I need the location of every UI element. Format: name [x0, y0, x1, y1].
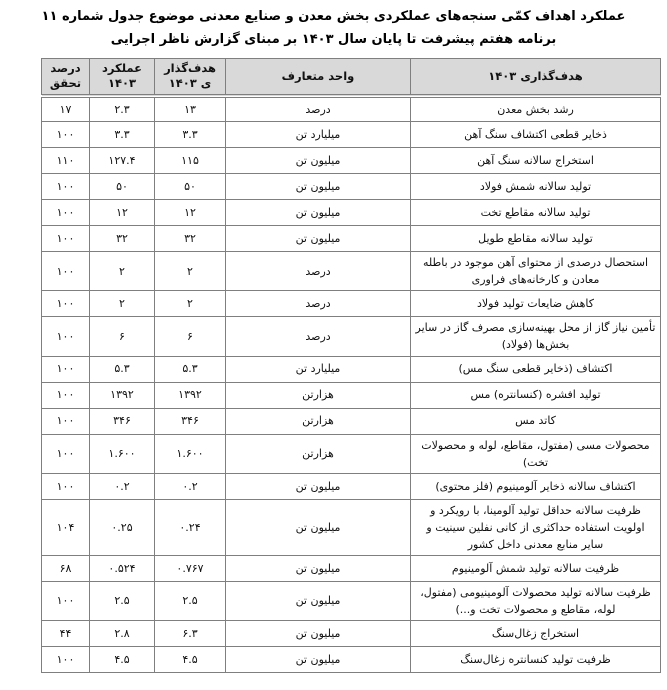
cell-target: ۱.۶۰۰ — [155, 434, 226, 473]
table-row: تأمین نیاز گاز از محل بهینه‌سازی مصرف گا… — [42, 317, 661, 356]
cell-target: ۰.۲ — [155, 473, 226, 499]
cell-percent: ۱۰۰ — [42, 174, 90, 200]
header-indicator: هدف‌گذاری ۱۴۰۳ — [411, 58, 661, 96]
cell-indicator: تأمین نیاز گاز از محل بهینه‌سازی مصرف گا… — [411, 317, 661, 356]
table-row: ذخایر قطعی اکتشاف سنگ آهنمیلیارد تن۳.۳۳.… — [42, 122, 661, 148]
cell-indicator: استخراج سالانه سنگ آهن — [411, 148, 661, 174]
cell-unit: میلیون تن — [226, 646, 411, 672]
cell-percent: ۶۸ — [42, 555, 90, 581]
cell-performance: ۰.۲۵ — [90, 499, 155, 555]
cell-target: ۵۰ — [155, 174, 226, 200]
cell-unit: میلیون تن — [226, 555, 411, 581]
table-row: کاتد مسهزارتن۳۴۶۳۴۶۱۰۰ — [42, 408, 661, 434]
table-header: هدف‌گذاری ۱۴۰۳ واحد متعارف هدف‌گذاری ۱۴۰… — [42, 58, 661, 96]
cell-percent: ۱۰۰ — [42, 434, 90, 473]
table-row: ظرفیت سالانه تولید شمش آلومینیوممیلیون ت… — [42, 555, 661, 581]
cell-performance: ۵.۳ — [90, 356, 155, 382]
cell-performance: ۱۳۹۲ — [90, 382, 155, 408]
cell-unit: میلیون تن — [226, 473, 411, 499]
cell-target: ۱۳ — [155, 96, 226, 122]
cell-unit: میلیون تن — [226, 174, 411, 200]
table-row: ظرفیت سالانه تولید محصولات آلومینیومی (م… — [42, 581, 661, 620]
cell-indicator: ظرفیت سالانه تولید شمش آلومینیوم — [411, 555, 661, 581]
cell-performance: ۶ — [90, 317, 155, 356]
cell-unit: هزارتن — [226, 434, 411, 473]
cell-unit: درصد — [226, 317, 411, 356]
cell-percent: ۱۰۰ — [42, 200, 90, 226]
cell-percent: ۱۱۰ — [42, 148, 90, 174]
cell-indicator: اکتشاف سالانه ذخایر آلومینیوم (فلز محتوی… — [411, 473, 661, 499]
cell-target: ۴.۵ — [155, 646, 226, 672]
cell-target: ۲ — [155, 291, 226, 317]
table-row: ظرفیت سالانه حداقل تولید آلومینا، با روی… — [42, 499, 661, 555]
cell-indicator: محصولات مسی (مفتول، مقاطع، لوله و محصولا… — [411, 434, 661, 473]
cell-indicator: تولید سالانه مقاطع طویل — [411, 226, 661, 252]
cell-percent: ۴۴ — [42, 620, 90, 646]
document-title-line2: برنامه هفتم پیشرفت تا پایان سال ۱۴۰۳ بر … — [0, 28, 667, 51]
cell-unit: درصد — [226, 252, 411, 291]
cell-percent: ۱۰۰ — [42, 473, 90, 499]
cell-unit: هزارتن — [226, 382, 411, 408]
cell-indicator: کاهش ضایعات تولید فولاد — [411, 291, 661, 317]
table-row: رشد بخش معدندرصد۱۳۲.۳۱۷ — [42, 96, 661, 122]
cell-unit: هزارتن — [226, 408, 411, 434]
cell-target: ۶.۳ — [155, 620, 226, 646]
header-target: هدف‌گذاری ۱۴۰۳ — [155, 58, 226, 96]
cell-unit: میلیون تن — [226, 148, 411, 174]
cell-percent: ۱۰۰ — [42, 122, 90, 148]
cell-indicator: کاتد مس — [411, 408, 661, 434]
cell-target: ۳۴۶ — [155, 408, 226, 434]
cell-indicator: ظرفیت تولید کنسانتره زغال‌سنگ — [411, 646, 661, 672]
cell-target: ۰.۲۴ — [155, 499, 226, 555]
cell-unit: میلیون تن — [226, 226, 411, 252]
cell-indicator: اکتشاف (ذخایر قطعی سنگ مس) — [411, 356, 661, 382]
cell-performance: ۲.۵ — [90, 581, 155, 620]
cell-performance: ۳۲ — [90, 226, 155, 252]
cell-performance: ۰.۵۲۴ — [90, 555, 155, 581]
cell-performance: ۰.۲ — [90, 473, 155, 499]
cell-indicator: تولید افشره (کنسانتره) مس — [411, 382, 661, 408]
table-row: تولید سالانه مقاطع طویلمیلیون تن۳۲۳۲۱۰۰ — [42, 226, 661, 252]
cell-unit: درصد — [226, 291, 411, 317]
cell-percent: ۱۰۰ — [42, 646, 90, 672]
cell-target: ۰.۷۶۷ — [155, 555, 226, 581]
cell-target: ۲ — [155, 252, 226, 291]
cell-performance: ۵۰ — [90, 174, 155, 200]
cell-performance: ۴.۵ — [90, 646, 155, 672]
cell-indicator: ظرفیت سالانه تولید محصولات آلومینیومی (م… — [411, 581, 661, 620]
cell-target: ۵.۳ — [155, 356, 226, 382]
cell-unit: میلیارد تن — [226, 122, 411, 148]
cell-unit: میلیارد تن — [226, 356, 411, 382]
cell-unit: میلیون تن — [226, 200, 411, 226]
cell-indicator: استحصال درصدی از محتوای آهن موجود در باط… — [411, 252, 661, 291]
cell-percent: ۱۰۰ — [42, 226, 90, 252]
cell-performance: ۱۲۷.۴ — [90, 148, 155, 174]
cell-performance: ۲ — [90, 291, 155, 317]
cell-target: ۲.۵ — [155, 581, 226, 620]
cell-indicator: استخراج زغال‌سنگ — [411, 620, 661, 646]
cell-performance: ۳.۳ — [90, 122, 155, 148]
table-row: تولید افشره (کنسانتره) مسهزارتن۱۳۹۲۱۳۹۲۱… — [42, 382, 661, 408]
table-row: استخراج سالانه سنگ آهنمیلیون تن۱۱۵۱۲۷.۴۱… — [42, 148, 661, 174]
cell-percent: ۱۰۰ — [42, 252, 90, 291]
table-row: اکتشاف (ذخایر قطعی سنگ مس)میلیارد تن۵.۳۵… — [42, 356, 661, 382]
cell-target: ۱۲ — [155, 200, 226, 226]
cell-unit: میلیون تن — [226, 620, 411, 646]
cell-percent: ۱۰۰ — [42, 382, 90, 408]
table-row: ظرفیت تولید کنسانتره زغال‌سنگمیلیون تن۴.… — [42, 646, 661, 672]
header-unit: واحد متعارف — [226, 58, 411, 96]
table-row: کاهش ضایعات تولید فولاددرصد۲۲۱۰۰ — [42, 291, 661, 317]
cell-target: ۱۱۵ — [155, 148, 226, 174]
table-row: استخراج زغال‌سنگمیلیون تن۶.۳۲.۸۴۴ — [42, 620, 661, 646]
header-performance: عملکرد ۱۴۰۳ — [90, 58, 155, 96]
cell-indicator: تولید سالانه شمش فولاد — [411, 174, 661, 200]
cell-indicator: ظرفیت سالانه حداقل تولید آلومینا، با روی… — [411, 499, 661, 555]
cell-indicator: رشد بخش معدن — [411, 96, 661, 122]
cell-target: ۳۲ — [155, 226, 226, 252]
cell-performance: ۱.۶۰۰ — [90, 434, 155, 473]
cell-unit: میلیون تن — [226, 499, 411, 555]
cell-percent: ۱۰۰ — [42, 317, 90, 356]
cell-target: ۱۳۹۲ — [155, 382, 226, 408]
cell-percent: ۱۰۴ — [42, 499, 90, 555]
cell-percent: ۱۰۰ — [42, 356, 90, 382]
document-title: عملکرد اهداف کمّی سنجه‌های عملکردی بخش م… — [0, 0, 667, 52]
table-row: تولید سالانه مقاطع تختمیلیون تن۱۲۱۲۱۰۰ — [42, 200, 661, 226]
header-percent: درصد تحقق — [42, 58, 90, 96]
cell-percent: ۱۰۰ — [42, 291, 90, 317]
cell-performance: ۱۲ — [90, 200, 155, 226]
performance-table: هدف‌گذاری ۱۴۰۳ واحد متعارف هدف‌گذاری ۱۴۰… — [41, 58, 661, 673]
table-row: محصولات مسی (مفتول، مقاطع، لوله و محصولا… — [42, 434, 661, 473]
cell-performance: ۲.۸ — [90, 620, 155, 646]
cell-target: ۶ — [155, 317, 226, 356]
cell-indicator: ذخایر قطعی اکتشاف سنگ آهن — [411, 122, 661, 148]
cell-performance: ۲ — [90, 252, 155, 291]
cell-target: ۳.۳ — [155, 122, 226, 148]
cell-performance: ۲.۳ — [90, 96, 155, 122]
cell-percent: ۱۰۰ — [42, 581, 90, 620]
table-row: استحصال درصدی از محتوای آهن موجود در باط… — [42, 252, 661, 291]
document-title-line1: عملکرد اهداف کمّی سنجه‌های عملکردی بخش م… — [0, 5, 667, 28]
cell-performance: ۳۴۶ — [90, 408, 155, 434]
cell-unit: میلیون تن — [226, 581, 411, 620]
table-row: تولید سالانه شمش فولادمیلیون تن۵۰۵۰۱۰۰ — [42, 174, 661, 200]
cell-indicator: تولید سالانه مقاطع تخت — [411, 200, 661, 226]
table-body: رشد بخش معدندرصد۱۳۲.۳۱۷ذخایر قطعی اکتشاف… — [42, 96, 661, 673]
cell-percent: ۱۰۰ — [42, 408, 90, 434]
header-row: هدف‌گذاری ۱۴۰۳ واحد متعارف هدف‌گذاری ۱۴۰… — [42, 58, 661, 96]
cell-percent: ۱۷ — [42, 96, 90, 122]
page: { "title": { "line1": "عملکرد اهداف کمّی… — [0, 0, 667, 690]
cell-unit: درصد — [226, 96, 411, 122]
table-row: اکتشاف سالانه ذخایر آلومینیوم (فلز محتوی… — [42, 473, 661, 499]
